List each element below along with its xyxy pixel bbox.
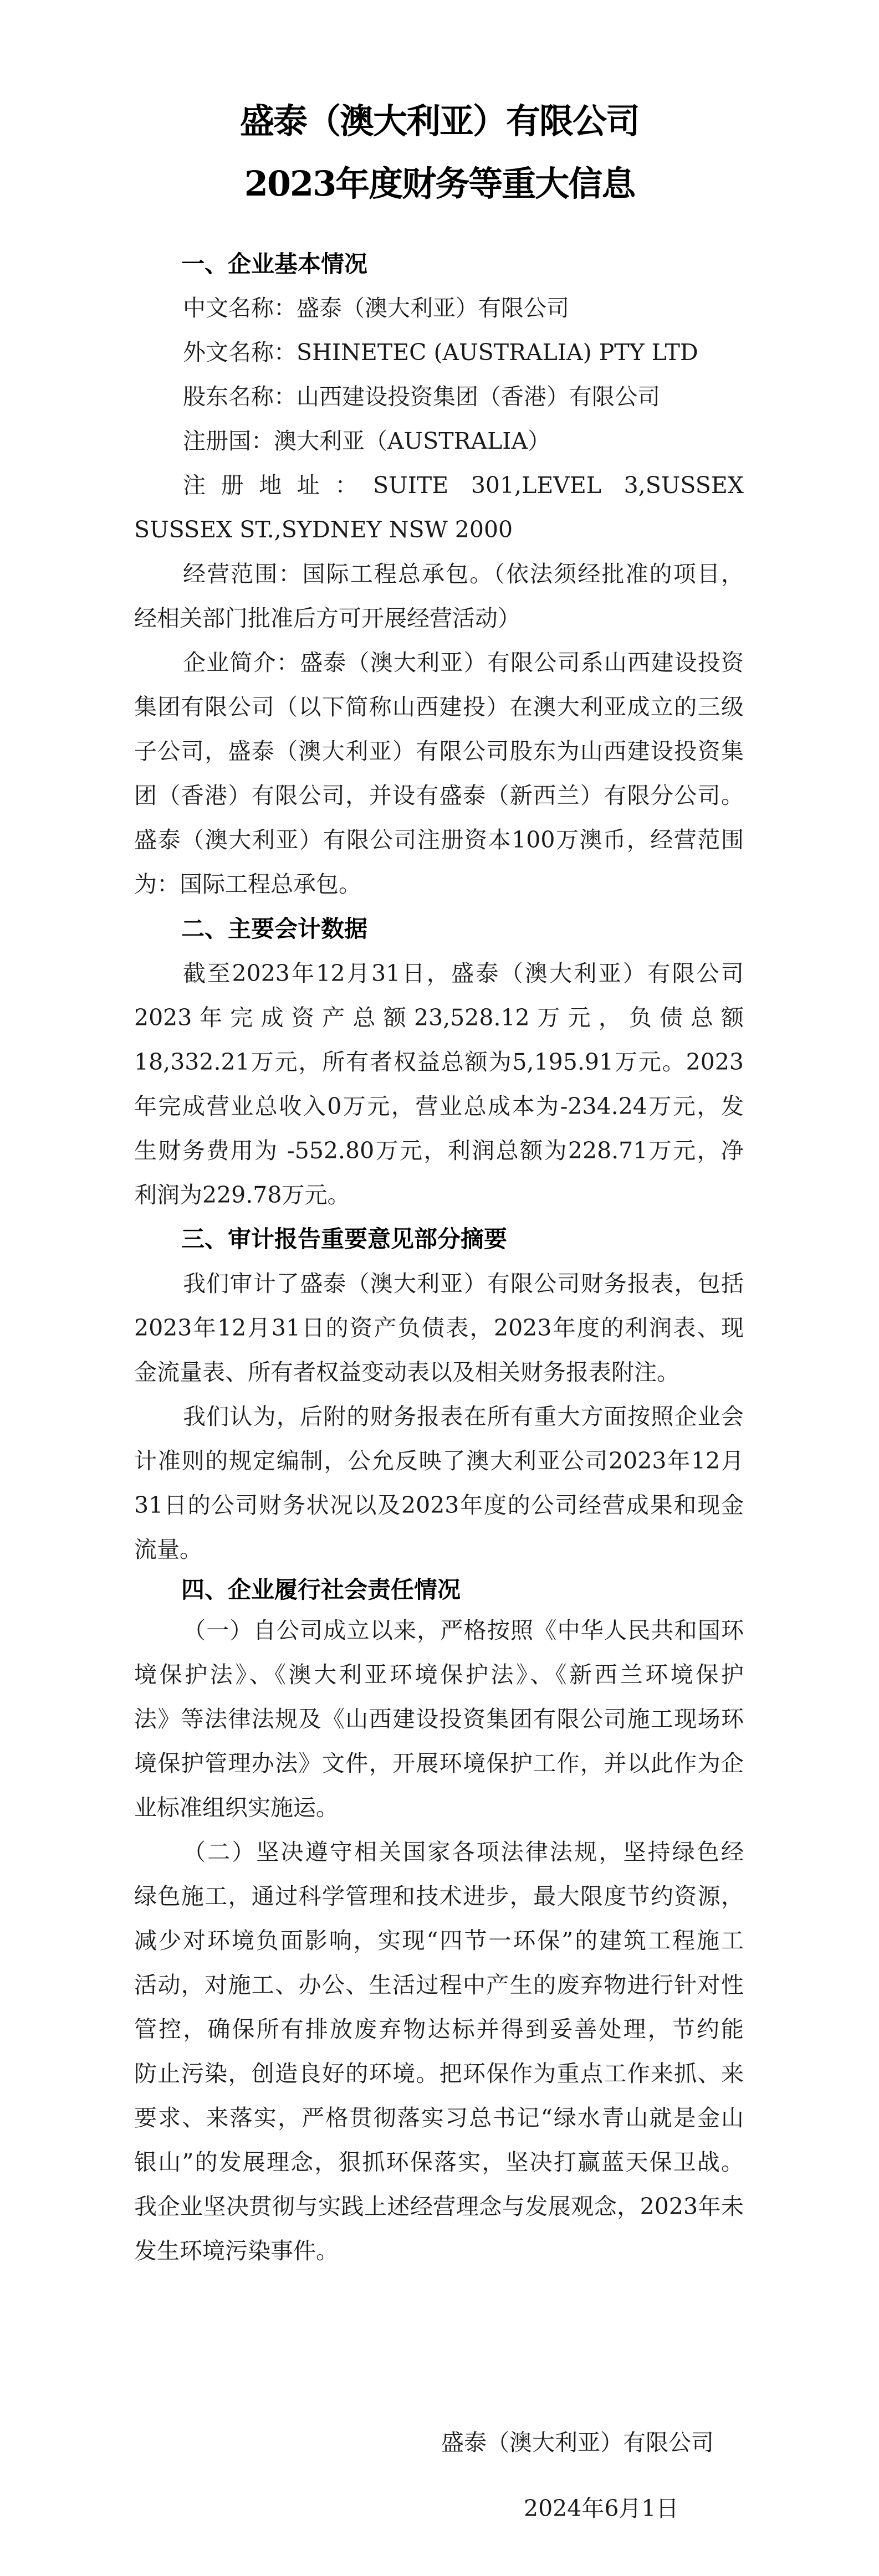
paragraph-line: 截至2023年12月31日，盛泰（澳大利亚）有限公司 [183,951,744,995]
paragraph-line: 我们认为，后附的财务报表在所有重大方面按照企业会 [183,1394,744,1439]
section-heading: 四、企业履行社会责任情况 [181,1568,791,1612]
paragraph-line: 计准则的规定编制，公允反映了澳大利亚公司2023年12月 [134,1439,744,1483]
paragraph-line: 盛泰（澳大利亚）有限公司注册资本100万澳币，经营范围 [134,818,744,862]
paragraph-line: 利润为229.78万元。 [134,1173,744,1217]
paragraph-line: 股东名称：山西建设投资集团（香港）有限公司 [183,374,744,419]
paragraph-line: 经相关部门批准后方可开展经营活动） [134,596,744,640]
paragraph-line: 企业简介：盛泰（澳大利亚）有限公司系山西建设投资 [183,640,744,685]
paragraph-line: 金流量表、所有者权益变动表以及相关财务报表附注。 [134,1350,744,1394]
paragraph-line: 境保护管理办法》文件，开展环境保护工作，并以此作为企 [134,1741,744,1785]
section-heading: 二、主要会计数据 [181,907,791,951]
paragraph-line: 生财务费用为 -552.80万元，利润总额为228.71万元，净 [134,1128,744,1173]
paragraph-line: 业标准组织实施运。 [134,1785,744,1830]
paragraph-line: 我们审计了盛泰（澳大利亚）有限公司财务报表，包括 [183,1261,744,1306]
paragraph-line: 防止污染，创造良好的环境。把环保作为重点工作来抓、来 [134,2051,744,2096]
paragraph-line: 流量。 [134,1527,744,1572]
paragraph-line: 活动，对施工、办公、生活过程中产生的废弃物进行针对性 [134,1963,744,2007]
document-title-line1: 盛泰（澳大利亚）有限公司 [0,99,879,143]
signature-date: 2024年6月1日 [524,2492,679,2525]
section-heading: 三、审计报告重要意见部分摘要 [181,1217,791,1261]
paragraph-line: 管控，确保所有排放废弃物达标并得到妥善处理，节约能源、 [134,2007,744,2051]
paragraph-line: 2023 年 完 成 资 产 总 额 23,528.12 万 元 ， 负 债 总… [134,995,744,1040]
paragraph-line: 团（香港）有限公司，并设有盛泰（新西兰）有限分公司。 [134,773,744,818]
paragraph-line: 2023年12月31日的资产负债表，2023年度的利润表、现 [134,1306,744,1350]
paragraph-line: 境保护法》、《澳大利亚环境保护法》、《新西兰环境保护 [134,1653,744,1697]
paragraph-line: 中文名称：盛泰（澳大利亚）有限公司 [183,286,744,330]
paragraph-line: 经营范围：国际工程总承包。（依法须经批准的项目， [183,552,744,596]
paragraph-line: 减少对环境负面影响，实现“四节一环保”的建筑工程施工 [134,1918,744,1963]
paragraph-line: 子公司，盛泰（澳大利亚）有限公司股东为山西建设投资集 [134,729,744,773]
paragraph-line: 年完成营业总收入0万元，营业总成本为-234.24万元，发 [134,1084,744,1128]
paragraph-line: 为：国际工程总承包。 [134,862,744,906]
paragraph-line: 绿色施工，通过科学管理和技术进步，最大限度节约资源， [134,1874,744,1918]
paragraph-line: 要求、来落实，严格贯彻落实习总书记“绿水青山就是金山 [134,2096,744,2140]
paragraph-line: 发生环境污染事件。 [134,2229,744,2273]
paragraph-line: 外文名称：SHINETEC (AUSTRALIA) PTY LTD [183,330,744,374]
document-page: 盛泰（澳大利亚）有限公司 2023年度财务等重大信息 一、企业基本情况中文名称：… [0,0,879,2576]
paragraph-line: SUSSEX ST.,SYDNEY NSW 2000 [134,507,744,552]
signature-company: 盛泰（澳大利亚）有限公司 [441,2426,714,2459]
paragraph-line: 18,332.21万元，所有者权益总额为5,195.91万元。2023 [134,1040,744,1084]
paragraph-line: 注册国：澳大利亚（AUSTRALIA） [183,419,744,463]
paragraph-line: （二）坚决遵守相关国家各项法律法规，坚持绿色经营、 [183,1830,744,1874]
document-title-line2: 2023年度财务等重大信息 [0,162,879,206]
paragraph-line: 银山”的发展理念，狠抓环保落实，坚决打赢蓝天保卫战。 [134,2140,744,2184]
paragraph-line: 集团有限公司（以下简称山西建投）在澳大利亚成立的三级 [134,685,744,729]
paragraph-line: 法》等法律法规及《山西建设投资集团有限公司施工现场环 [134,1697,744,1741]
paragraph-line: 注册地址：SUITE 301,LEVEL 3,SUSSEX CENTRE,401 [183,463,744,507]
section-heading: 一、企业基本情况 [181,242,791,286]
paragraph-line: 31日的公司财务状况以及2023年度的公司经营成果和现金 [134,1483,744,1527]
paragraph-line: 我企业坚决贯彻与实践上述经营理念与发展观念，2023年未 [134,2184,744,2229]
paragraph-line: （一）自公司成立以来，严格按照《中华人民共和国环 [183,1608,744,1653]
